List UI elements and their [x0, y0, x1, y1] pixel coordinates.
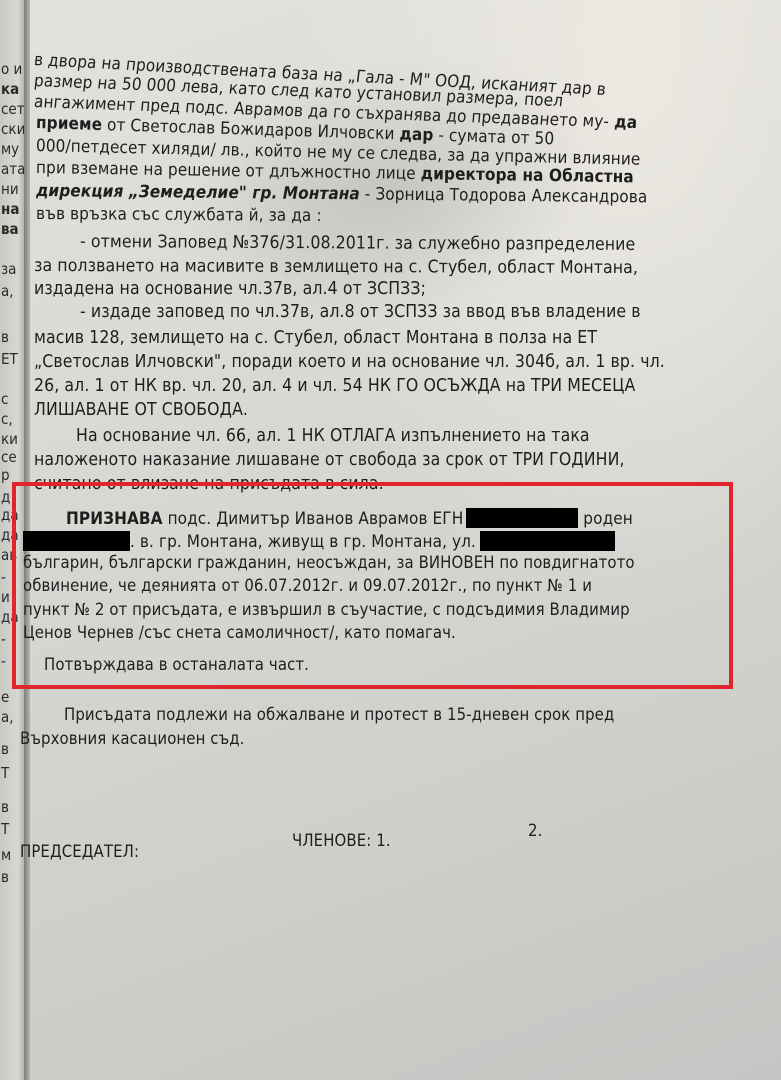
text-line: Присъдата подлежи на обжалване и протест…	[64, 707, 614, 724]
previous-page-text-fragment: ски	[1, 122, 25, 137]
previous-page-text-fragment: ата	[1, 162, 25, 177]
text-span: директора на Областна	[421, 164, 634, 187]
highlight-box	[12, 482, 733, 689]
signature-members: ЧЛЕНОВЕ: 1.	[292, 833, 391, 850]
text-span: На основание чл. 66, ал. 1 НК	[76, 426, 330, 446]
text-span: да	[608, 112, 638, 133]
text-line: наложеното наказание лишаване от свобода…	[34, 452, 625, 470]
previous-page-text-fragment: с,	[1, 412, 13, 427]
text-span: дирекция „Земеделие" гр. Монтана	[36, 181, 360, 204]
previous-page-text-fragment: сет	[1, 102, 25, 117]
previous-page-text-fragment: а,	[1, 710, 14, 725]
previous-page-text-fragment: о и	[1, 62, 22, 77]
previous-page-text-fragment: в	[1, 800, 9, 815]
text-line: за ползването на масивите в землището на…	[34, 258, 638, 278]
previous-page-text-fragment: на	[1, 202, 19, 217]
previous-page-text-fragment: ка	[1, 82, 19, 97]
text-span: 26, ал. 1 от НК вр. чл. 20, ал. 4 и чл. …	[34, 376, 396, 396]
text-span: - Зорница Тодорова Александрова	[360, 184, 648, 207]
text-line: - издаде заповед по чл.37в, ал.8 от ЗСПЗ…	[80, 304, 641, 322]
previous-page-text-fragment: -	[1, 570, 6, 585]
text-line: На основание чл. 66, ал. 1 НК ОТЛАГА изп…	[76, 428, 590, 446]
text-line: масив 128, землището на с. Стубел, облас…	[34, 330, 597, 348]
text-span: ОТЛАГА	[330, 426, 396, 446]
signature-member-2: 2.	[528, 823, 542, 840]
text-line: издадена на основание чл.37в, ал.4 от ЗС…	[34, 281, 426, 299]
previous-page-text-fragment: ки	[1, 432, 18, 447]
previous-page-text-fragment: в	[1, 742, 9, 757]
text-span: ГО ОСЪЖДА	[396, 376, 500, 396]
previous-page-text-fragment: д	[1, 490, 10, 505]
previous-page-text-fragment: -	[1, 654, 6, 669]
signature-chairman: ПРЕДСЕДАТЕЛ:	[20, 844, 139, 861]
text-span: на ТРИ МЕСЕЦА	[501, 376, 636, 396]
previous-page-text-fragment: -	[1, 632, 6, 647]
previous-page-text-fragment: за	[1, 262, 16, 277]
previous-page-text-fragment: и	[1, 590, 10, 605]
text-span: изпълнението на така	[396, 426, 590, 446]
previous-page-text-fragment: в	[1, 870, 9, 885]
previous-page-text-fragment: е	[1, 690, 9, 705]
text-line: ЛИШАВАНЕ ОТ СВОБОДА.	[34, 402, 248, 420]
previous-page-text-fragment: ни	[1, 182, 19, 197]
text-line: 26, ал. 1 от НК вр. чл. 20, ал. 4 и чл. …	[34, 378, 635, 396]
previous-page-text-fragment: р	[1, 468, 10, 483]
previous-page-text-fragment: Т	[1, 766, 9, 781]
previous-page-text-fragment: м	[1, 848, 11, 863]
text-line: - отмени Заповед №376/31.08.2011г. за сл…	[80, 234, 635, 254]
previous-page-text-fragment: Т	[1, 822, 9, 837]
text-line: във връзка със службата й, за да :	[36, 206, 322, 225]
previous-page-text-fragment: в	[1, 330, 9, 345]
text-line: Върховния касационен съд.	[20, 731, 245, 748]
previous-page-text-fragment: с	[1, 392, 8, 407]
previous-page-text-fragment: ва	[1, 222, 19, 237]
previous-page-text-fragment: а,	[1, 284, 14, 299]
text-line: дирекция „Земеделие" гр. Монтана - Зорни…	[36, 183, 648, 206]
previous-page-text-fragment: се	[1, 450, 17, 465]
text-span: приеме	[36, 113, 103, 135]
text-line: „Светослав Илчовски", поради което и на …	[34, 354, 665, 372]
text-span: дар	[399, 124, 434, 145]
previous-page-text-fragment: му	[1, 142, 19, 157]
previous-page-text-fragment: ЕТ	[1, 352, 18, 367]
